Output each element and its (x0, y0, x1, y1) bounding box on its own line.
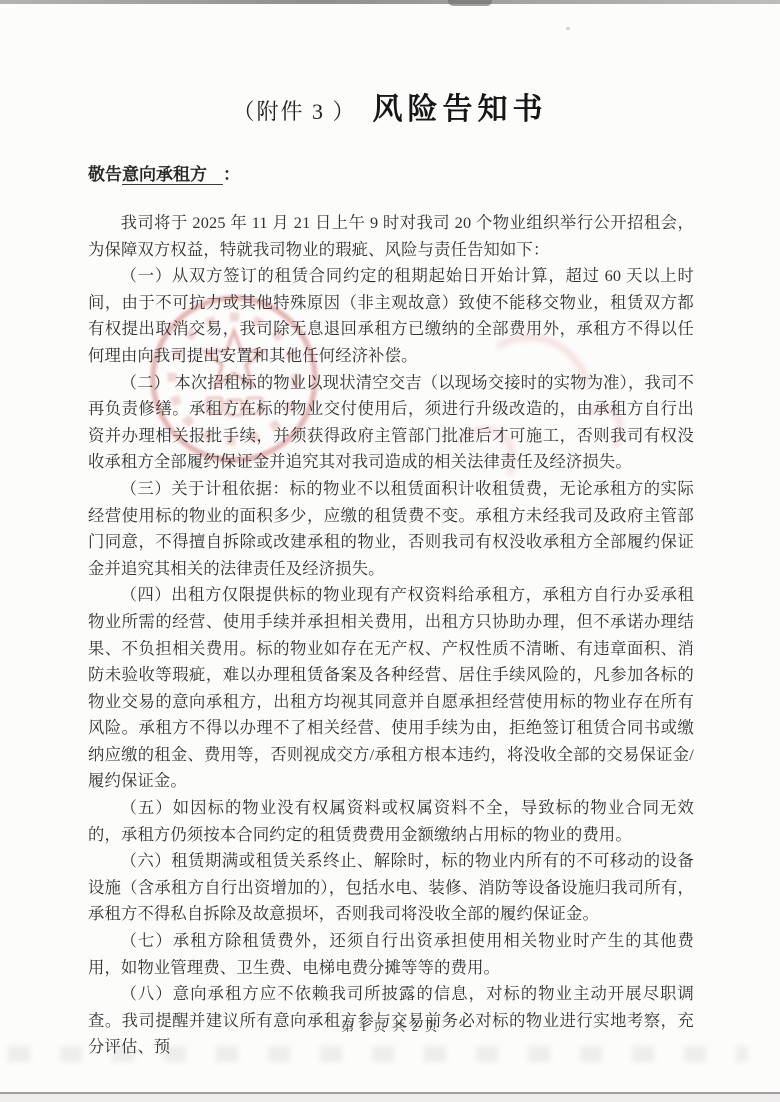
scanner-bottom-margin (0, 1094, 780, 1102)
clause-6-paragraph: （六）租赁期满或租赁关系终止、解除时，标的物业内所有的不可移动的设备设施（含承租… (88, 848, 694, 928)
clause-4-paragraph: （四）出租方仅限提供标的物业现有产权资料给承租方，承租方自行办妥承租物业所需的经… (88, 582, 694, 795)
page-title: 风险告知书 (373, 93, 548, 126)
scanned-document-page: { "page": { "attachment_label": "（附件 3 ）… (0, 0, 780, 1102)
clause-2-paragraph: （二） 本次招租标的物业以现状清空交吉（以现场交接时的实物为准），我司不再负责修… (88, 370, 694, 476)
clause-5-paragraph: （五）如因标的物业没有权属资料或权属资料不全，导致标的物业合同无效的，承租方仍须… (88, 795, 694, 848)
scanner-top-edge (0, 0, 780, 4)
clause-3-paragraph: （三）关于计租依据：标的物业不以租赁面积计收租赁费，无论承租方的实际经营使用标的… (88, 476, 694, 582)
intro-paragraph: 我司将于 2025 年 11 月 21 日上午 9 时对我司 20 个物业组织举… (88, 210, 694, 263)
document-page: （附件 3 ）风险告知书 敬告意向承租方： 我司将于 2025 年 11 月 2… (0, 0, 780, 1102)
document-title-row: （附件 3 ）风险告知书 (0, 84, 780, 128)
salutation-prefix: 敬告 (88, 165, 122, 184)
scan-speck (566, 27, 570, 30)
salutation-colon: ： (223, 165, 240, 184)
clause-1-paragraph: （一）从双方签订的租赁合同约定的租期起始日开始计算，超过 60 天以上时间，由于… (88, 263, 694, 369)
attachment-label: （附件 3 ） (232, 99, 356, 124)
clause-8-paragraph: （八）意向承租方应不依赖我司所披露的信息，对标的物业主动开展尽职调查。我司提醒并… (88, 981, 694, 1061)
clause-7-paragraph: （七）承租方除租赁费外，还须自行出资承担使用相关物业时产生的其他费用，如物业管理… (88, 928, 694, 981)
salutation-addressee: 意向承租方 (122, 165, 223, 185)
document-body: 我司将于 2025 年 11 月 21 日上午 9 时对我司 20 个物业组织举… (88, 210, 694, 1061)
salutation-line: 敬告意向承租方： (88, 160, 240, 185)
